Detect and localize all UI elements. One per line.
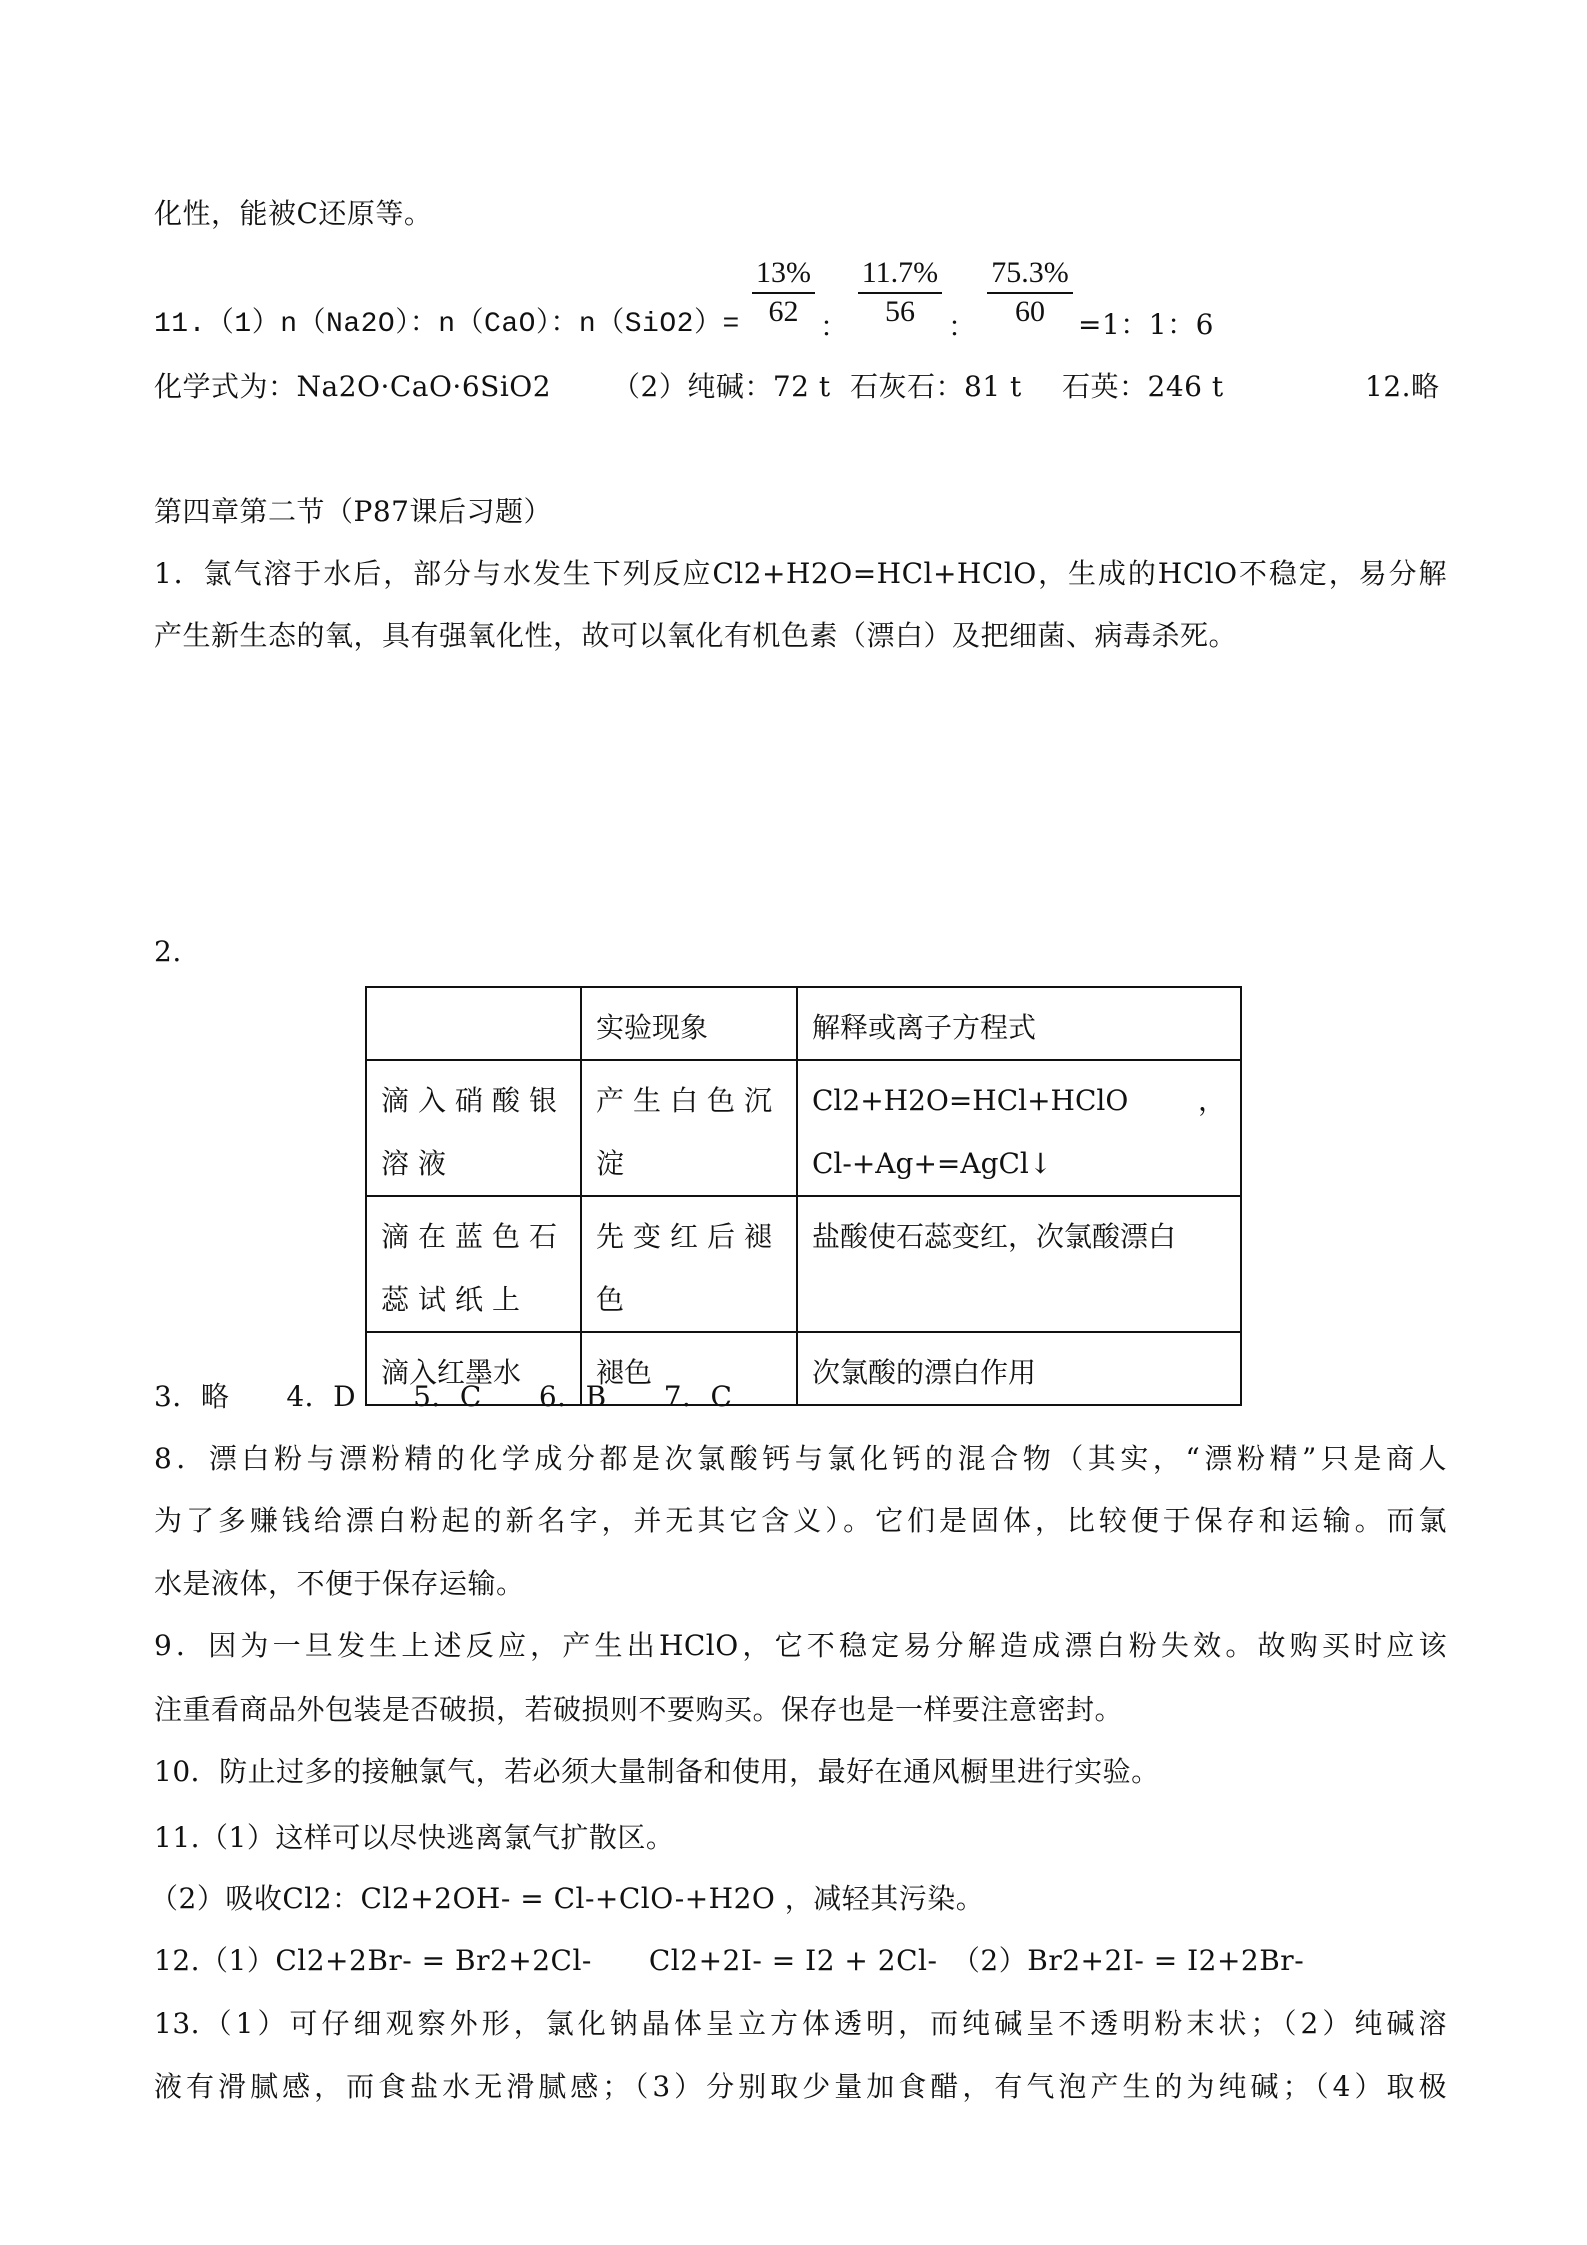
text-line: 产生新生态的氧，具有强氧化性，故可以氧化有机色素（漂白）及把细菌、病毒杀死。 <box>154 619 1447 653</box>
experiment-table: 实验现象 解释或离子方程式 滴入硝酸银溶液 产生白色沉淀 Cl2+H2O=HCl… <box>365 986 1242 1406</box>
text-line: 液有滑腻感，而食盐水无滑腻感；（3）分别取少量加食醋，有气泡产生的为纯碱；（4）… <box>154 2070 1447 2104</box>
table-row: 滴在蓝色石蕊试纸上 先变红后褪色 盐酸使石蕊变红，次氯酸漂白 <box>366 1196 1241 1332</box>
soda-mass: （2）纯碱：72 t <box>612 370 842 404</box>
question-number: 2. <box>154 935 1447 969</box>
text-line: 1．氯气溶于水后，部分与水发生下列反应Cl2+H2O=HCl+HClO，生成的H… <box>154 557 1447 591</box>
numerator: 11.7% <box>858 256 942 294</box>
text-line: 9．因为一旦发生上述反应，产生出HClO，它不稳定易分解造成漂白粉失效。故购买时… <box>154 1629 1447 1663</box>
table-header: 实验现象 <box>581 987 797 1060</box>
text-line: 10．防止过多的接触氯气，若必须大量制备和使用，最好在通风橱里进行实验。 <box>154 1755 1447 1789</box>
fraction-na2o: 13% 62 <box>752 256 815 330</box>
text-line: 8．漂白粉与漂粉精的化学成分都是次氯酸钙与氯化钙的混合物（其实，“漂粉精”只是商… <box>154 1442 1447 1476</box>
text-line: 注重看商品外包装是否破损，若破损则不要购买。保存也是一样要注意密封。 <box>154 1693 1447 1727</box>
limestone-mass: 石灰石：81 t <box>850 370 1050 404</box>
equation: Cl2+H2O=HCl+HClO <box>812 1069 1128 1132</box>
table-cell-operation: 滴入硝酸银溶液 <box>366 1060 581 1196</box>
text-line: 11.（1）这样可以尽快逃离氯气扩散区。 <box>154 1821 1447 1855</box>
denominator: 62 <box>752 294 815 330</box>
denominator: 56 <box>858 294 942 330</box>
section-heading: 第四章第二节（P87课后习题） <box>154 495 1447 529</box>
text-line: 12.（1）Cl2+2Br- = Br2+2Cl- Cl2+2I- = I2 +… <box>154 1944 1447 1978</box>
text-line: 化性，能被C还原等。 <box>154 197 1447 231</box>
text-line: 13.（1）可仔细观察外形，氯化钠晶体呈立方体透明，而纯碱呈不透明粉末状；（2）… <box>154 2007 1447 2041</box>
text-line: 水是液体，不便于保存运输。 <box>154 1567 1447 1601</box>
table-cell-phenomenon: 产生白色沉淀 <box>581 1060 797 1196</box>
table-cell-explanation: Cl2+H2O=HCl+HClO ， Cl-+Ag+=AgCl↓ <box>797 1060 1241 1196</box>
table-cell-phenomenon: 先变红后褪色 <box>581 1196 797 1332</box>
numerator: 75.3% <box>987 256 1073 294</box>
ratio-separator: ： <box>820 310 860 344</box>
q12-answer: 12.略 <box>1365 370 1455 404</box>
numerator: 13% <box>752 256 815 294</box>
table-row: 滴入硝酸银溶液 产生白色沉淀 Cl2+H2O=HCl+HClO ， Cl-+Ag… <box>366 1060 1241 1196</box>
table-header <box>366 987 581 1060</box>
ratio-result: =1：1：6 <box>1078 308 1278 342</box>
ratio-separator: ： <box>948 310 988 344</box>
table-header: 解释或离子方程式 <box>797 987 1241 1060</box>
table-header-row: 实验现象 解释或离子方程式 <box>366 987 1241 1060</box>
text-line: 为了多赚钱给漂白粉起的新名字，并无其它含义）。它们是固体，比较便于保存和运输。而… <box>154 1504 1447 1538</box>
equation: Cl-+Ag+=AgCl↓ <box>812 1132 1226 1195</box>
table-cell-explanation: 盐酸使石蕊变红，次氯酸漂白 <box>797 1196 1241 1332</box>
table-cell-operation: 滴在蓝色石蕊试纸上 <box>366 1196 581 1332</box>
q11-ratio-prefix: 11.（1）n（Na2O）：n（CaO）：n（SiO2）= <box>154 308 754 342</box>
fraction-sio2: 75.3% 60 <box>987 256 1073 330</box>
text-line: （2）吸收Cl2：Cl2+2OH- = Cl-+ClO-+H2O ，减轻其污染。 <box>150 1882 1443 1916</box>
denominator: 60 <box>987 294 1073 330</box>
chemical-formula: 化学式为：Na2O·CaO·6SiO2 <box>154 370 574 404</box>
quartz-mass: 石英：246 t <box>1062 370 1262 404</box>
fraction-cao: 11.7% 56 <box>858 256 942 330</box>
comma: ， <box>1198 1069 1226 1132</box>
answers-3-7: 3．略 4．D 5．C 6．B 7．C <box>154 1380 1447 1414</box>
